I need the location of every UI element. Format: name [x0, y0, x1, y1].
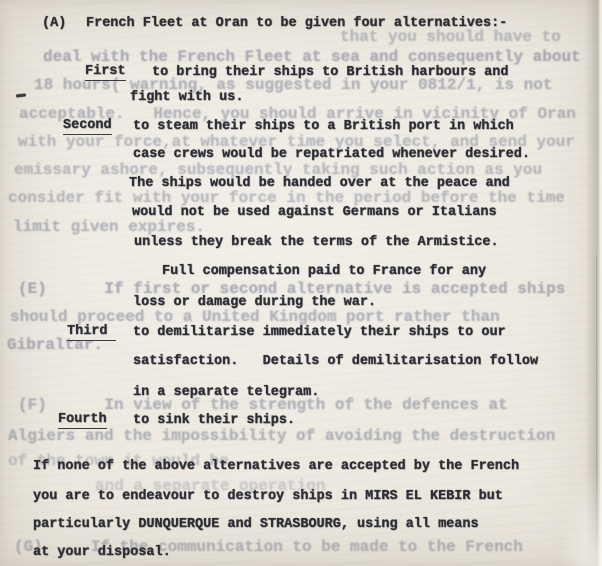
alt-third-line-2: satisfaction. Details of demilitarisatio…: [133, 353, 538, 371]
document-scan: that you should have todeal with the Fre…: [0, 0, 602, 566]
alt-third-term: Third: [67, 324, 116, 341]
alt-second-line-7: loss or damage during the war.: [133, 294, 376, 312]
alt-second-line-1: to steam their ships to a British port i…: [133, 118, 514, 136]
document-heading: French Fleet at Oran to be given four al…: [86, 15, 507, 33]
alt-second-line-5: unless they break the terms of the Armis…: [134, 234, 499, 252]
closing-line-2: you are to endeavour to destroy ships in…: [33, 488, 503, 506]
alt-second-line-2: case crews would be repatriated whenever…: [133, 146, 530, 164]
alt-first-line-1: to bring their ships to British harbours…: [152, 64, 508, 82]
alt-second-line-3: The ships would be handed over at the pe…: [129, 175, 510, 193]
closing-line-4: at your disposal.: [33, 544, 171, 562]
closing-line-1: If none of the above alternatives are ac…: [33, 458, 519, 476]
alt-third-line-1: to demilitarise immediately their ships …: [133, 324, 506, 342]
alt-first-line-2: fight with us.: [130, 89, 243, 107]
alt-second-line-6: Full compensation paid to France for any: [162, 263, 486, 281]
alt-first-term: First: [85, 64, 126, 81]
alt-fourth-term: Fourth: [58, 412, 107, 429]
alt-second-line-4: would not be used against Germans or Ita…: [132, 204, 497, 222]
alt-second-term: Second: [63, 118, 112, 135]
section-label: (A): [42, 15, 66, 33]
alt-fourth-line-1: to sink their ships.: [133, 412, 295, 430]
alt-third-line-3: in a separate telegram.: [133, 384, 319, 402]
closing-line-3: particularly DUNQUERQUE and STRASBOURG, …: [33, 516, 479, 534]
paper-corner-highlight: [542, 426, 602, 566]
stray-ink-mark: [16, 93, 26, 97]
